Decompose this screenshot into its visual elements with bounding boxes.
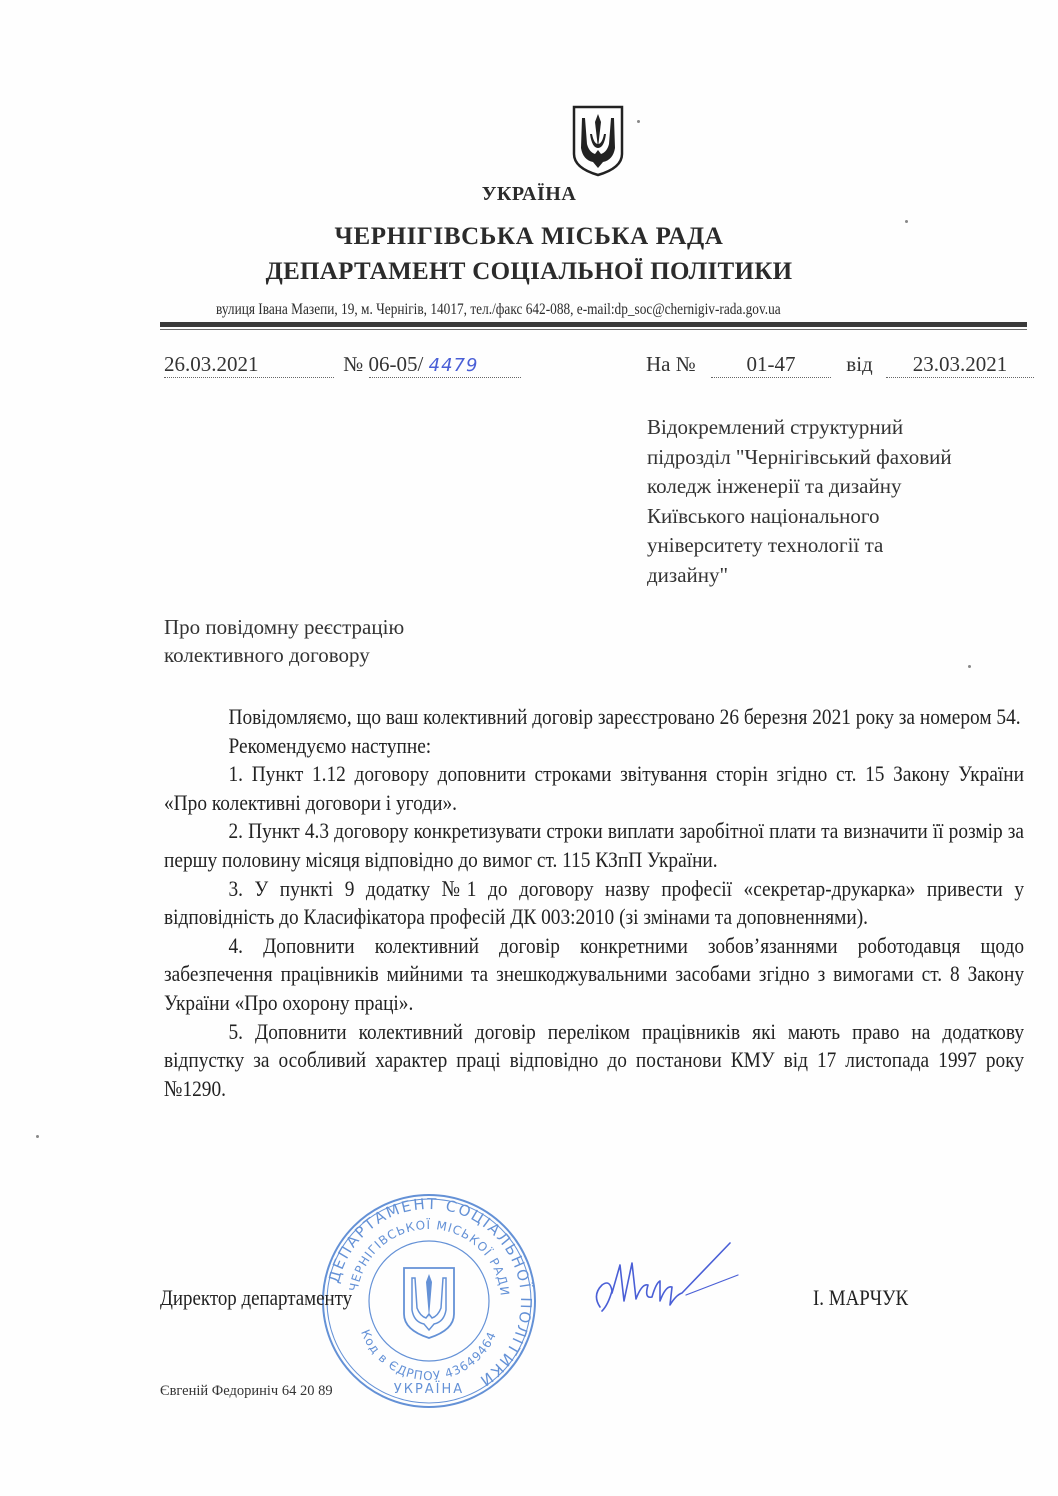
outgoing-registration: 26.03.2021 № 06-05/ 4479 <box>164 352 521 378</box>
number-label: № <box>343 352 363 376</box>
addressee-line: Київського національного <box>647 502 1027 532</box>
incoming-reference: На № 01-47 від 23.03.2021 <box>646 352 1034 378</box>
letter-page: УКРАЇНА ЧЕРНІГІВСЬКА МІСЬКА РАДА ДЕПАРТА… <box>0 0 1058 1496</box>
outgoing-number-prefix: 06-05/ <box>369 352 424 376</box>
scan-speck <box>36 1135 39 1138</box>
reply-from-label: від <box>846 352 872 376</box>
svg-text:УКРАЇНА: УКРАЇНА <box>394 1381 464 1397</box>
signer-name: І. МАРЧУК <box>813 1285 908 1311</box>
addressee-line: підрозділ "Чернігівський фаховий <box>647 443 1027 473</box>
body-paragraph: 5. Доповнити колективний договір перелік… <box>164 1018 1024 1104</box>
body-paragraph: 3. У пункті 9 додатку №1 до договору наз… <box>164 875 1024 932</box>
trident-coat-of-arms-icon <box>571 104 625 178</box>
body-paragraph: Повідомляємо, що ваш колективний договір… <box>164 703 1024 732</box>
scan-speck <box>637 120 640 123</box>
executor-contact: Євгеній Федориніч 64 20 89 <box>160 1383 333 1400</box>
country-heading: УКРАЇНА <box>0 183 1058 206</box>
scan-speck <box>968 665 971 668</box>
letter-body: Повідомляємо, що ваш колективний договір… <box>164 703 1024 1103</box>
department-heading: ДЕПАРТАМЕНТ СОЦІАЛЬНОЇ ПОЛІТИКИ <box>0 258 1058 286</box>
scan-speck <box>905 220 908 223</box>
addressee-line: дизайну" <box>647 561 1027 591</box>
reply-number: 01-47 <box>711 352 831 378</box>
addressee-block: Відокремлений структурний підрозділ "Чер… <box>647 413 1027 590</box>
body-paragraph: Рекомендуємо наступне: <box>164 732 1024 761</box>
body-paragraph: 4. Доповнити колективний договір конкрет… <box>164 932 1024 1018</box>
outgoing-number-handwritten: 4479 <box>429 355 479 376</box>
addressee-line: університету технології та <box>647 531 1027 561</box>
body-paragraph: 2. Пункт 4.3 договору конкретизувати стр… <box>164 817 1024 874</box>
subject-line: Про повідомну реєстрацію <box>164 613 404 641</box>
letterhead-address: вулиця Івана Мазепи, 19, м. Чернігів, 14… <box>216 301 781 319</box>
council-heading: ЧЕРНІГІВСЬКА МІСЬКА РАДА <box>0 223 1058 251</box>
signer-title: Директор департаменту <box>160 1285 352 1311</box>
outgoing-date: 26.03.2021 <box>164 352 334 378</box>
reply-date: 23.03.2021 <box>886 352 1034 378</box>
subject-line: колективного договору <box>164 641 404 669</box>
addressee-line: Відокремлений структурний <box>647 413 1027 443</box>
subject-block: Про повідомну реєстрацію колективного до… <box>164 613 404 669</box>
body-paragraph: 1. Пункт 1.12 договору доповнити строкам… <box>164 760 1024 817</box>
addressee-line: коледж інженерії та дизайну <box>647 472 1027 502</box>
reply-number-label: На № <box>646 352 696 376</box>
handwritten-signature-icon <box>590 1235 740 1320</box>
outgoing-number: 06-05/ 4479 <box>369 352 521 378</box>
letterhead-divider-thin <box>160 329 1027 330</box>
letterhead-divider <box>160 322 1027 327</box>
